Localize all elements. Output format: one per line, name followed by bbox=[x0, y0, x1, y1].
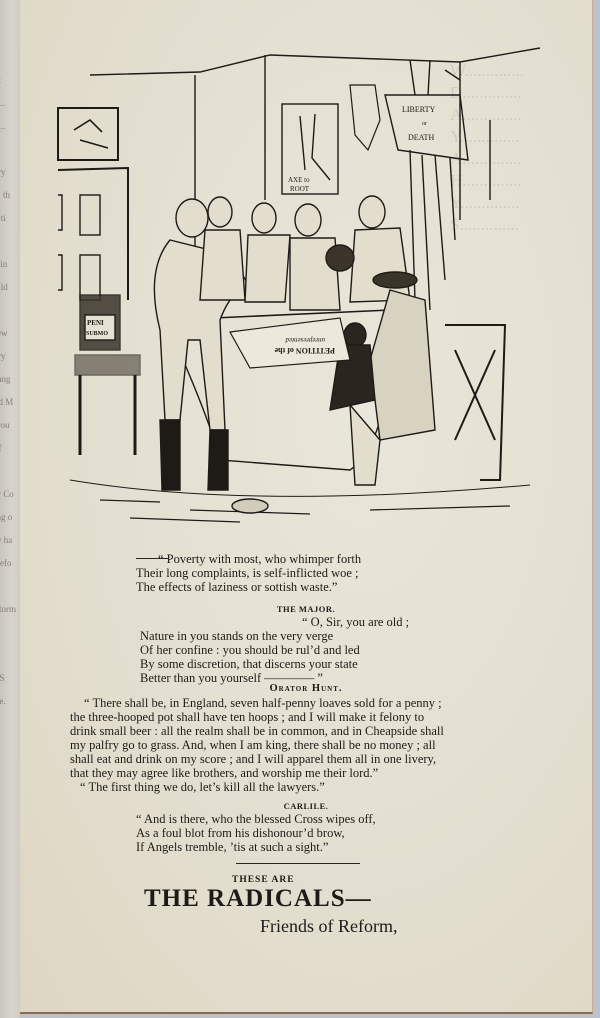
speaker-heading-major: THE MAJOR. bbox=[20, 604, 592, 614]
penny-subscription-box: PENI bbox=[87, 319, 104, 327]
adjacent-page-spine: ......... nth...b... s,eryd, th d ti...e… bbox=[0, 0, 20, 1018]
book-page: W..............D..............A.........… bbox=[20, 0, 593, 1014]
verse-line: Their long complaints, is self-inflicted… bbox=[136, 566, 456, 580]
carlile-verse: “ And is there, who the blessed Cross wi… bbox=[136, 812, 456, 854]
verse-line: The effects of laziness or sottish waste… bbox=[136, 580, 456, 594]
speaker-heading-hunt: Orator Hunt. bbox=[20, 683, 592, 694]
hunt-prose: “ There shall be, in England, seven half… bbox=[70, 696, 490, 794]
verse-line: “ And is there, who the blessed Cross wi… bbox=[136, 812, 456, 826]
verse-line: If Angels tremble, ’tis at such a sight.… bbox=[136, 840, 456, 854]
prose-line: “ There shall be, in England, seven half… bbox=[70, 696, 490, 710]
liberty-or-death-banner: LIBERTY bbox=[402, 105, 436, 114]
woodcut-illustration: AXE to ROOT LIBERTY or DEATH PENI SUBMO … bbox=[50, 40, 560, 540]
friends-of-reform-subtitle: Friends of Reform, bbox=[260, 916, 500, 937]
speaker-heading-carlile: CARLILE. bbox=[20, 801, 592, 811]
verse-line: “ Poverty with most, who whimper forth bbox=[136, 552, 456, 566]
these-are-label: THESE ARE bbox=[232, 875, 372, 885]
major-verse: “ O, Sir, you are old ; Nature in you st… bbox=[140, 615, 480, 685]
svg-text:ROOT: ROOT bbox=[290, 185, 310, 193]
dash-rule bbox=[136, 558, 168, 559]
verse-line: As a foul blot from his dishonour’d brow… bbox=[136, 826, 456, 840]
prose-line: that they may agree like brothers, and w… bbox=[70, 766, 490, 780]
prose-line: “ The first thing we do, let’s kill all … bbox=[70, 780, 490, 794]
prose-line: shall eat and drink on my score ; and I … bbox=[70, 752, 490, 766]
svg-text:SUBMO: SUBMO bbox=[86, 331, 108, 337]
verse-line: Nature in you stands on the very verge bbox=[140, 629, 480, 643]
verse-line: Of her confine : you should be rul’d and… bbox=[140, 643, 480, 657]
petition-sheet: PETITION of the bbox=[274, 346, 335, 355]
verse-line: “ O, Sir, you are old ; bbox=[140, 615, 480, 629]
svg-text:DEATH: DEATH bbox=[408, 133, 434, 142]
crown-picture-frame bbox=[58, 108, 118, 160]
svg-text:or: or bbox=[422, 121, 427, 127]
prose-line: drink small beer : all the realm shall b… bbox=[70, 724, 490, 738]
svg-text:unrepresented: unrepresented bbox=[285, 336, 325, 344]
prose-line: the three-hooped pot shall have ten hoop… bbox=[70, 710, 490, 724]
the-radicals-title: THE RADICALS— bbox=[144, 885, 464, 913]
epigraph-verse: “ Poverty with most, who whimper forth T… bbox=[136, 552, 456, 594]
section-rule bbox=[236, 863, 360, 864]
prose-line: my palfry go to grass. And, when I am ki… bbox=[70, 738, 490, 752]
verse-line: By some discretion, that discerns your s… bbox=[140, 657, 480, 671]
axe-to-root-label: AXE to bbox=[288, 176, 310, 184]
